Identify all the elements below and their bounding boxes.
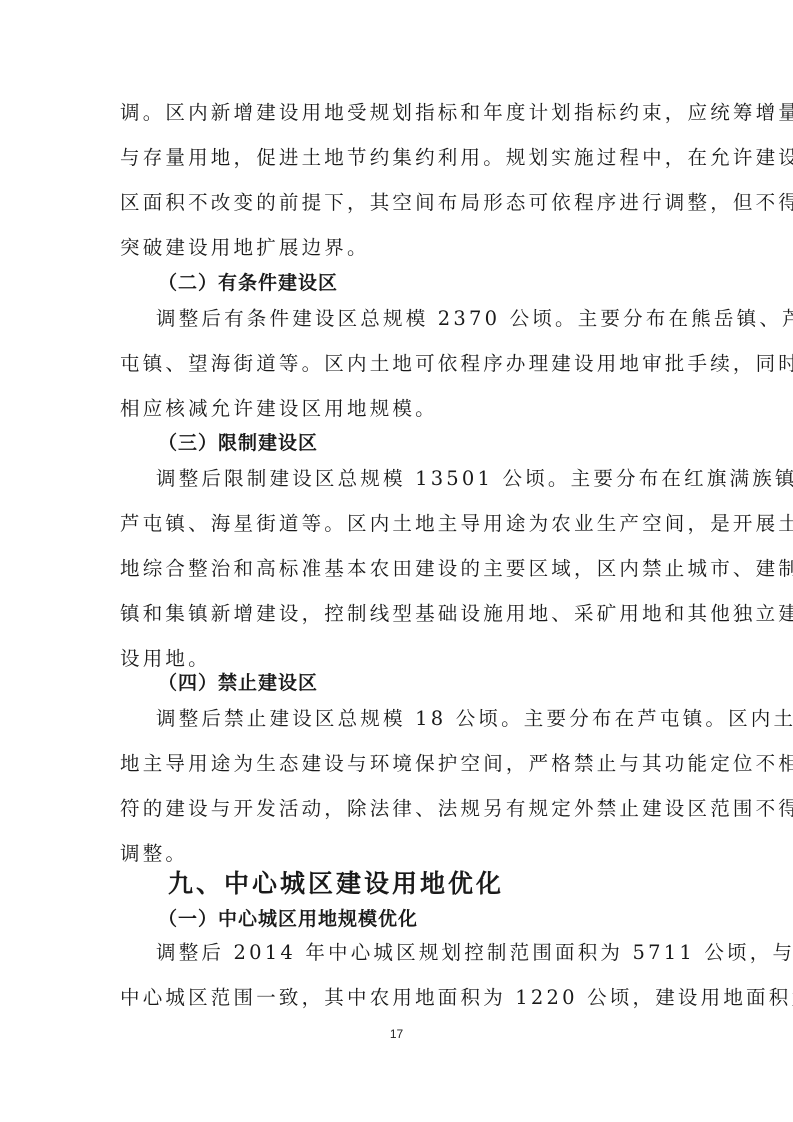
text-line: 调整后限制建设区总规模 13501 公顷。主要分布在红旗满族镇、 bbox=[156, 466, 676, 492]
text-line: 中心城区范围一致，其中农用地面积为 1220 公顷，建设用地面积为 bbox=[120, 985, 676, 1011]
text-line: 芦屯镇、海星街道等。区内土地主导用途为农业生产空间，是开展土 bbox=[120, 511, 676, 537]
text-line: 调整后 2014 年中心城区规划控制范围面积为 5711 公顷，与市级 bbox=[156, 940, 676, 966]
text-line: 调整后禁止建设区总规模 18 公顷。主要分布在芦屯镇。区内土 bbox=[156, 706, 676, 732]
text-line: 相应核减允许建设区用地规模。 bbox=[120, 396, 676, 422]
text-line: 突破建设用地扩展边界。 bbox=[120, 235, 676, 261]
text-line: 屯镇、望海街道等。区内土地可依程序办理建设用地审批手续，同时 bbox=[120, 351, 676, 377]
text-line: 与存量用地，促进土地节约集约利用。规划实施过程中，在允许建设 bbox=[120, 145, 676, 171]
document-page: 调。区内新增建设用地受规划指标和年度计划指标约束，应统筹增量 与存量用地，促进土… bbox=[0, 0, 793, 1122]
text-line: 设用地。 bbox=[120, 646, 676, 672]
page-number: 17 bbox=[0, 1027, 793, 1041]
section-heading-prohibited-zone: （四）禁止建设区 bbox=[158, 670, 318, 696]
text-line: 地综合整治和高标准基本农田建设的主要区域，区内禁止城市、建制 bbox=[120, 556, 676, 582]
text-line: 地主导用途为生态建设与环境保护空间，严格禁止与其功能定位不相 bbox=[120, 751, 676, 777]
section-heading-central-city: （一）中心城区用地规模优化 bbox=[158, 906, 418, 932]
text-line: 区面积不改变的前提下，其空间布局形态可依程序进行调整，但不得 bbox=[120, 190, 676, 216]
text-line: 镇和集镇新增建设，控制线型基础设施用地、采矿用地和其他独立建 bbox=[120, 601, 676, 627]
chapter-heading: 九、中心城区建设用地优化 bbox=[168, 868, 504, 900]
section-heading-conditional-zone: （二）有条件建设区 bbox=[158, 270, 338, 296]
text-line: 调整后有条件建设区总规模 2370 公顷。主要分布在熊岳镇、芦 bbox=[156, 306, 676, 332]
text-line: 符的建设与开发活动，除法律、法规另有规定外禁止建设区范围不得 bbox=[120, 796, 676, 822]
text-line: 调整。 bbox=[120, 841, 676, 867]
section-heading-restricted-zone: （三）限制建设区 bbox=[158, 430, 318, 456]
text-line: 调。区内新增建设用地受规划指标和年度计划指标约束，应统筹增量 bbox=[120, 100, 676, 126]
